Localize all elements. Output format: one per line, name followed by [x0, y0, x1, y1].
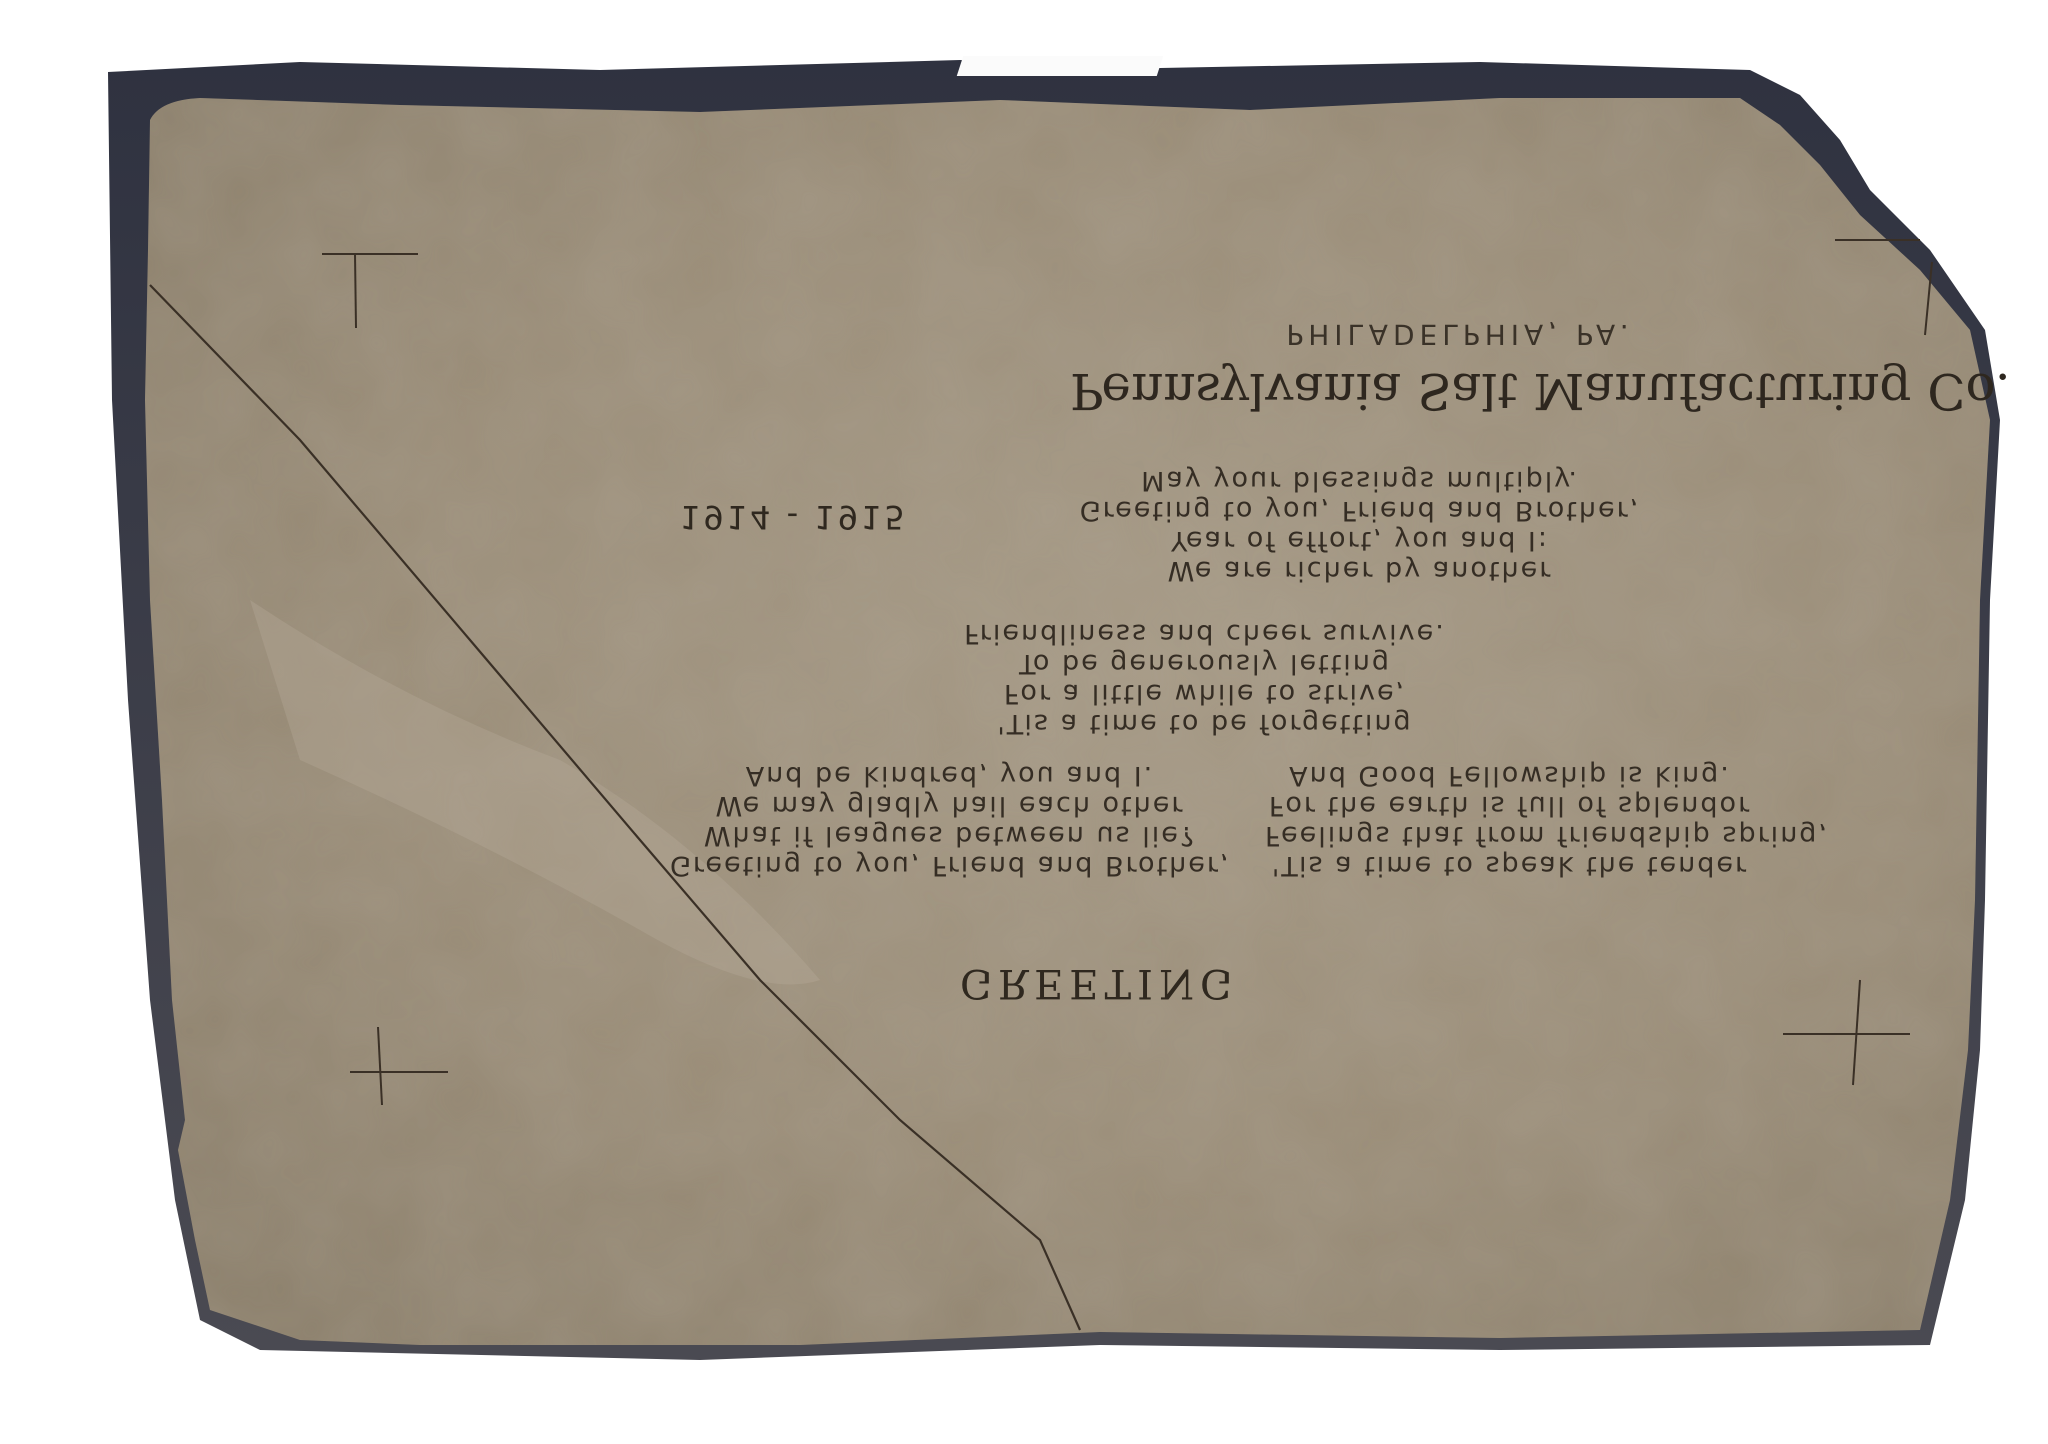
- stanza-middle: 'Tis a time to be forgetting For a littl…: [905, 618, 1505, 738]
- poem-line: To be generously letting: [905, 648, 1505, 678]
- poem-line: For a little while to strive,: [905, 678, 1505, 708]
- stanza-left: Greeting to you, Friend and Brother, Wha…: [670, 760, 1230, 880]
- label-sticker: [957, 56, 1163, 76]
- poem-line: What if leagues between us lie?: [670, 820, 1230, 850]
- greeting-title: GREETING: [960, 960, 1238, 1006]
- poem-line: Greeting to you, Friend and Brother,: [670, 850, 1230, 880]
- poem-line: Feelings that from friendship spring,: [1265, 820, 1755, 850]
- poem-line: For the earth is full of splendor: [1265, 790, 1755, 820]
- poem-line: May your blessings multiply.: [1030, 465, 1690, 495]
- stanza-final: We are richer by another Year of effort,…: [1030, 465, 1690, 585]
- poem-line: We are richer by another: [1030, 555, 1690, 585]
- poem-line: And be kindred, you and I.: [670, 760, 1230, 790]
- poem-line: Greeting to you, Friend and Brother,: [1030, 495, 1690, 525]
- poem-line: Year of effort, you and I:: [1030, 525, 1690, 555]
- city-text: PHILADELPHIA, PA.: [1180, 318, 1740, 351]
- stanza-right: 'Tis a time to speak the tender Feelings…: [1265, 760, 1755, 880]
- poem-line: And Good Fellowship is king.: [1265, 760, 1755, 790]
- years-text: 1914 - 1915: [680, 498, 908, 536]
- poem-line: We may gladly hail each other: [670, 790, 1230, 820]
- company-name: Pennsylvania Salt Manufacturing Co.: [1070, 362, 1840, 420]
- poem-line: 'Tis a time to be forgetting: [905, 708, 1505, 738]
- lithographic-stone: PHILADELPHIA, PA. Pennsylvania Salt Manu…: [0, 0, 2048, 1444]
- poem-line: 'Tis a time to speak the tender: [1265, 850, 1755, 880]
- poem-line: Friendliness and cheer survive.: [905, 618, 1505, 648]
